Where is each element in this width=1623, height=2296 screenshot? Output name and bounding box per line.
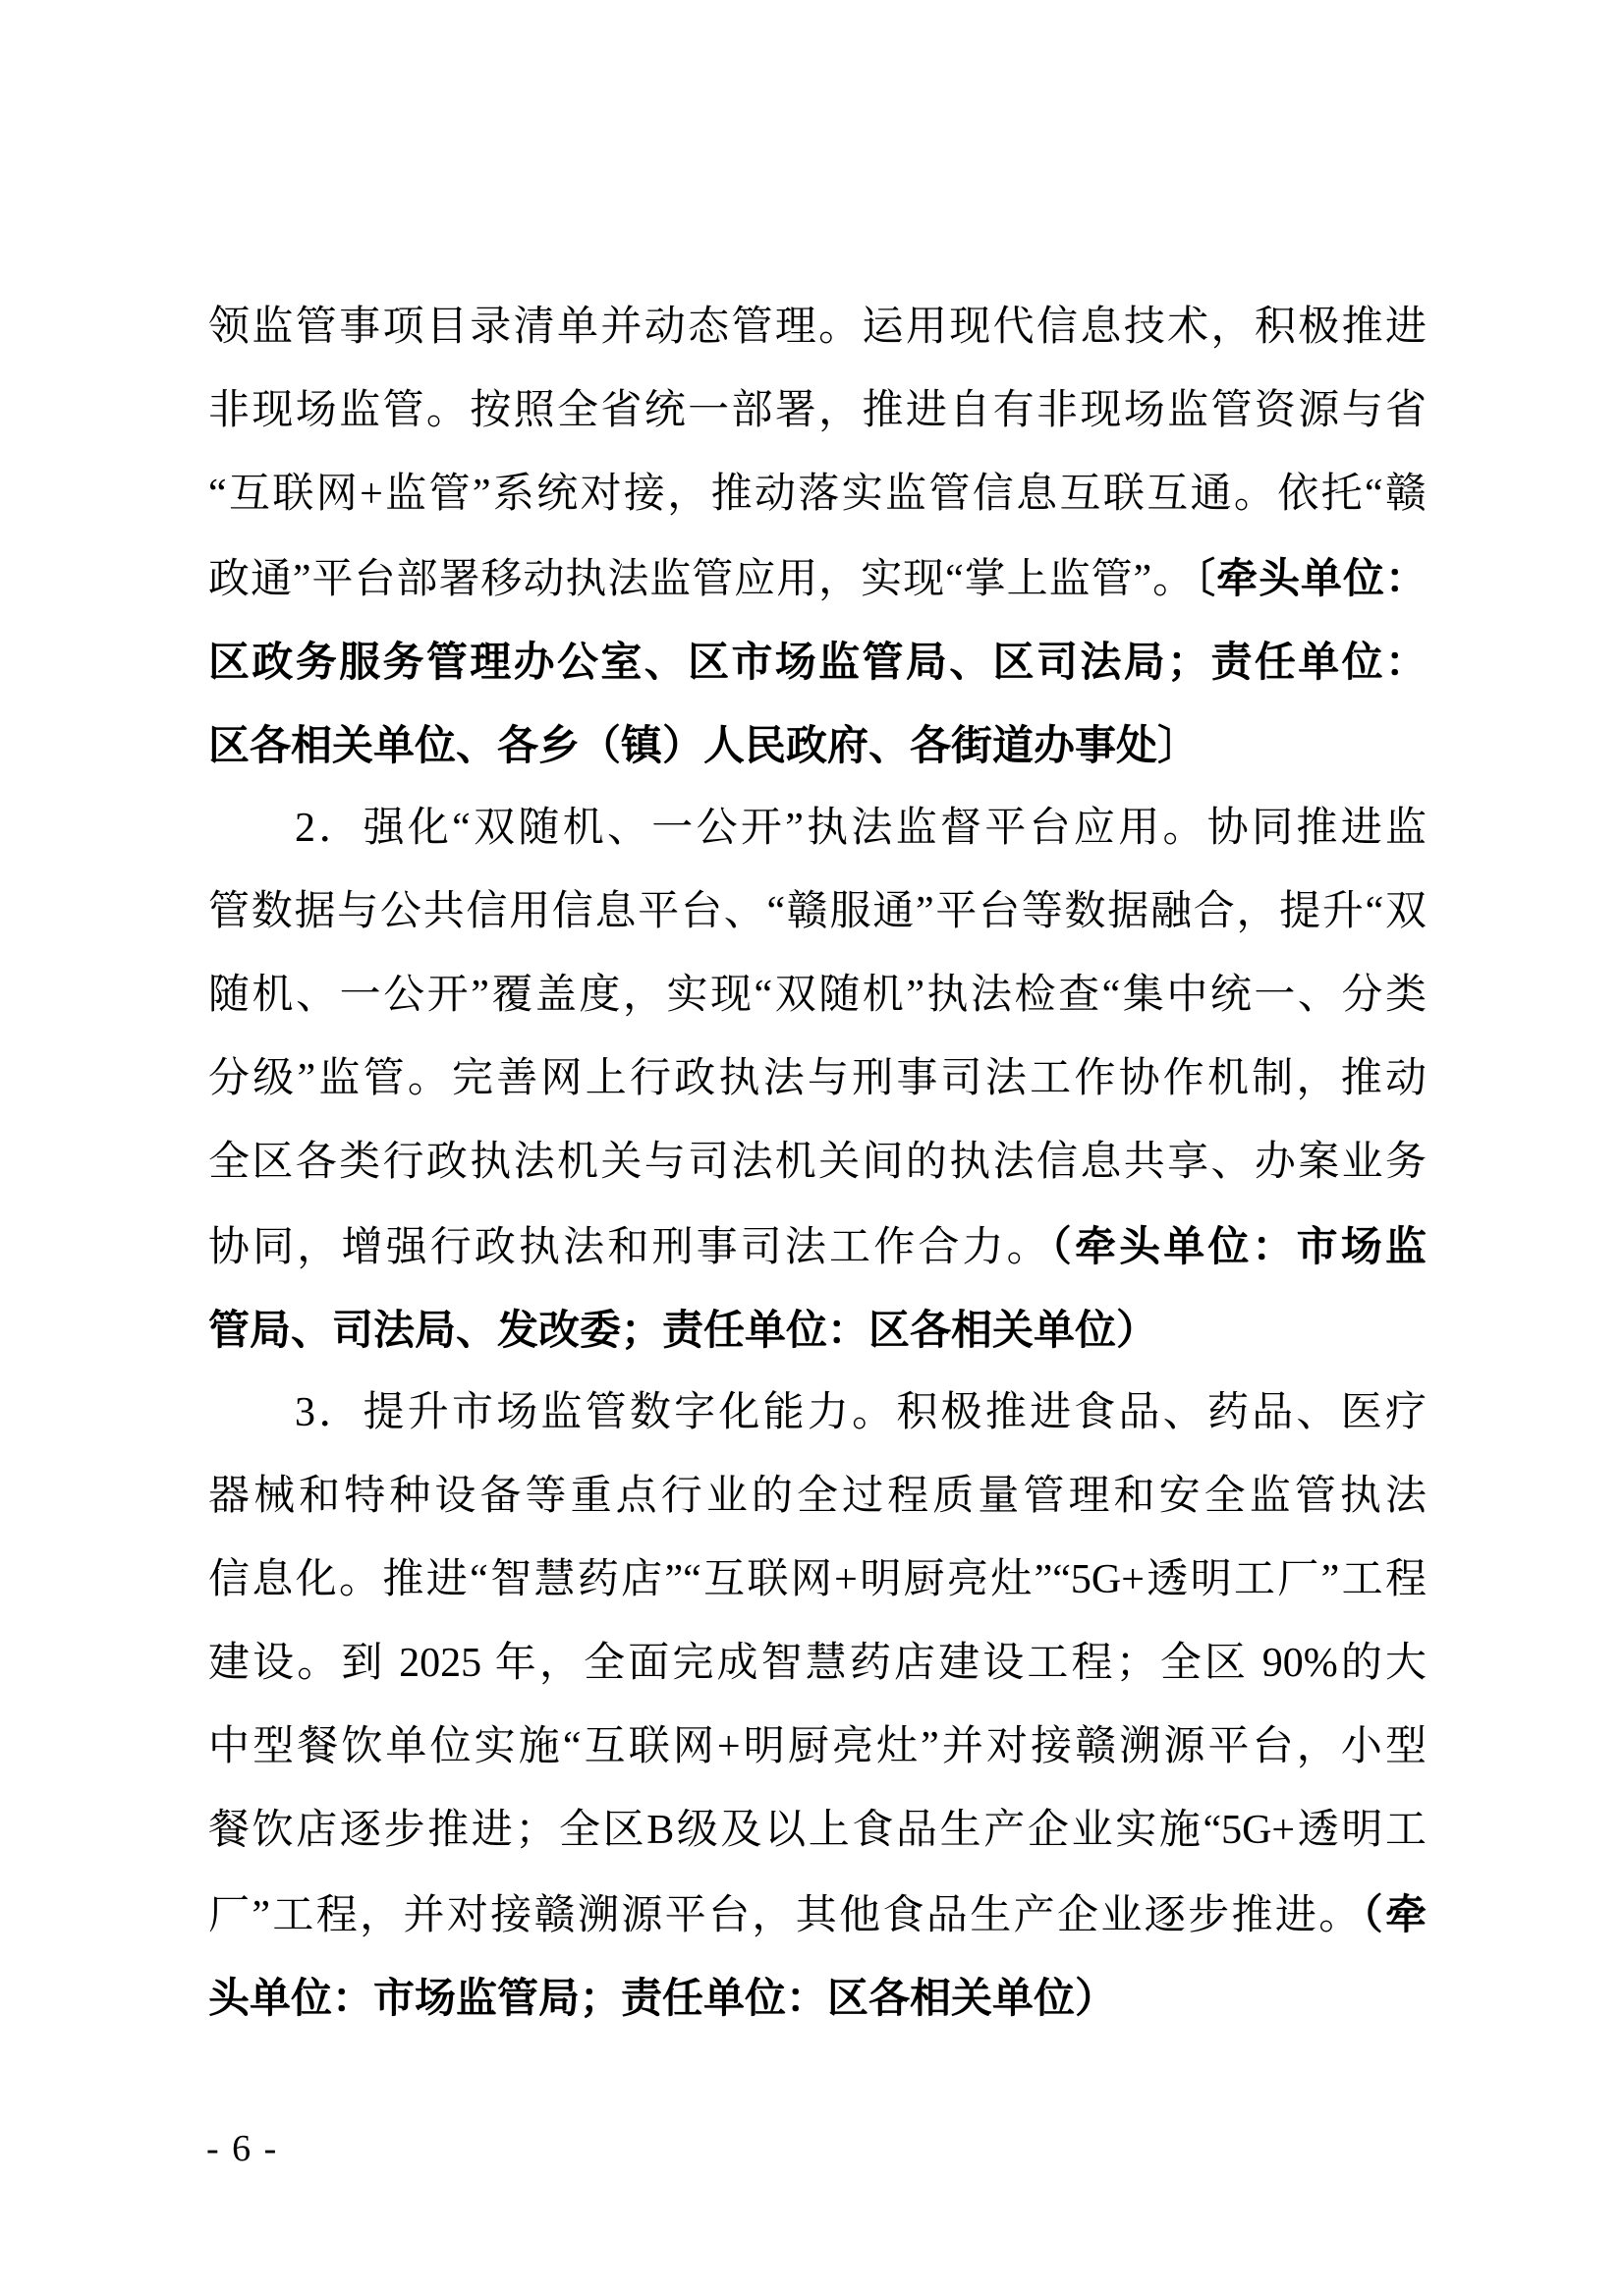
text-line: 中型餐饮单位实施“互联网+明厨亮灶”并对接赣溯源平台，小型	[208, 1706, 1427, 1789]
unit-label-run: 〔牵头单位：	[1195, 555, 1427, 601]
body-text-run: 管数据与公共信用信息平台、“赣服通”平台等数据融合，提升“双	[208, 889, 1427, 934]
text-line: 2．强化“双随机、一公开”执法监督平台应用。协同推进监	[208, 787, 1427, 870]
body-text-run: 随机、一公开”覆盖度，实现“双随机”执法检查“集中统一、分类	[208, 973, 1427, 1018]
text-line: 领监管事项目录清单并动态管理。运用现代信息技术，积极推进	[208, 286, 1427, 369]
body-text-run: 协同，增强行政执法和刑事司法工作合力。	[208, 1225, 1051, 1270]
body-text-run: 中型餐饮单位实施“互联网+明厨亮灶”并对接赣溯源平台，小型	[208, 1724, 1427, 1769]
text-line: 器械和特种设备等重点行业的全过程质量管理和安全监管执法	[208, 1455, 1427, 1539]
unit-label-run: （牵头单位：市场监	[1051, 1223, 1427, 1269]
unit-label-run: 区政务服务管理办公室、区市场监管局、区司法局；责任单位：	[208, 639, 1427, 685]
body-text-run: 2．强化“双随机、一公开”执法监督平台应用。协同推进监	[295, 806, 1427, 851]
unit-label-run: 区各相关单位、各乡（镇）人民政府、各街道办事处〕	[208, 722, 1199, 768]
body-text-run: 信息化。推进“智慧药店”“互联网+明厨亮灶”“5G+透明工厂”工程	[208, 1557, 1427, 1602]
body-text-run: 领监管事项目录清单并动态管理。运用现代信息技术，积极推进	[208, 305, 1427, 350]
text-line: 政通”平台部署移动执法监管应用，实现“掌上监管”。〔牵头单位：	[208, 536, 1427, 620]
paragraph-1: 领监管事项目录清单并动态管理。运用现代信息技术，积极推进非现场监管。按照全省统一…	[208, 286, 1427, 787]
page-number: - 6 -	[206, 2128, 278, 2169]
text-line: “互联网+监管”系统对接，推动落实监管信息互联互通。依托“赣	[208, 453, 1427, 536]
text-line: 非现场监管。按照全省统一部署，推进自有非现场监管资源与省	[208, 369, 1427, 453]
text-line: 建设。到 2025 年，全面完成智慧药店建设工程；全区 90%的大	[208, 1622, 1427, 1706]
document-page: 领监管事项目录清单并动态管理。运用现代信息技术，积极推进非现场监管。按照全省统一…	[0, 0, 1623, 2296]
text-line: 管局、司法局、发改委；责任单位：区各相关单位）	[208, 1288, 1427, 1372]
body-text-run: 建设。到 2025 年，全面完成智慧药店建设工程；全区 90%的大	[208, 1641, 1427, 1686]
paragraph-3: 3．提升市场监管数字化能力。积极推进食品、药品、医疗器械和特种设备等重点行业的全…	[208, 1372, 1427, 2040]
body-text-run: 全区各类行政执法机关与司法机关间的执法信息共享、办案业务	[208, 1140, 1427, 1185]
body-text-run: 3．提升市场监管数字化能力。积极推进食品、药品、医疗	[295, 1390, 1427, 1435]
text-line: 协同，增强行政执法和刑事司法工作合力。（牵头单位：市场监	[208, 1204, 1427, 1288]
body-text-run: 厂”工程，并对接赣溯源平台，其他食品生产企业逐步推进。	[208, 1893, 1363, 1938]
body-text-run: 分级”监管。完善网上行政执法与刑事司法工作协作机制，推动	[208, 1056, 1427, 1101]
unit-label-run: 头单位：市场监管局；责任单位：区各相关单位）	[208, 1975, 1116, 2021]
body-text-run: 器械和特种设备等重点行业的全过程质量管理和安全监管执法	[208, 1474, 1427, 1519]
unit-label-run: （牵	[1363, 1891, 1427, 1937]
text-line: 3．提升市场监管数字化能力。积极推进食品、药品、医疗	[208, 1372, 1427, 1455]
body-text-run: 餐饮店逐步推进；全区B级及以上食品生产企业实施“5G+透明工	[208, 1808, 1427, 1853]
text-line: 管数据与公共信用信息平台、“赣服通”平台等数据融合，提升“双	[208, 870, 1427, 954]
text-line: 全区各类行政执法机关与司法机关间的执法信息共享、办案业务	[208, 1121, 1427, 1204]
paragraph-2: 2．强化“双随机、一公开”执法监督平台应用。协同推进监管数据与公共信用信息平台、…	[208, 787, 1427, 1372]
text-line: 餐饮店逐步推进；全区B级及以上食品生产企业实施“5G+透明工	[208, 1789, 1427, 1873]
text-line: 头单位：市场监管局；责任单位：区各相关单位）	[208, 1956, 1427, 2040]
unit-label-run: 管局、司法局、发改委；责任单位：区各相关单位）	[208, 1307, 1157, 1353]
text-line: 信息化。推进“智慧药店”“互联网+明厨亮灶”“5G+透明工厂”工程	[208, 1539, 1427, 1622]
text-line: 区政务服务管理办公室、区市场监管局、区司法局；责任单位：	[208, 620, 1427, 703]
body-text-run: 政通”平台部署移动执法监管应用，实现“掌上监管”。	[208, 557, 1195, 602]
text-line: 区各相关单位、各乡（镇）人民政府、各街道办事处〕	[208, 703, 1427, 787]
body-text-run: 非现场监管。按照全省统一部署，推进自有非现场监管资源与省	[208, 388, 1427, 433]
body-text-run: “互联网+监管”系统对接，推动落实监管信息互联互通。依托“赣	[208, 472, 1427, 517]
text-line: 厂”工程，并对接赣溯源平台，其他食品生产企业逐步推进。（牵	[208, 1873, 1427, 1956]
text-line: 分级”监管。完善网上行政执法与刑事司法工作协作机制，推动	[208, 1037, 1427, 1121]
document-body: 领监管事项目录清单并动态管理。运用现代信息技术，积极推进非现场监管。按照全省统一…	[208, 286, 1427, 2040]
text-line: 随机、一公开”覆盖度，实现“双随机”执法检查“集中统一、分类	[208, 954, 1427, 1037]
